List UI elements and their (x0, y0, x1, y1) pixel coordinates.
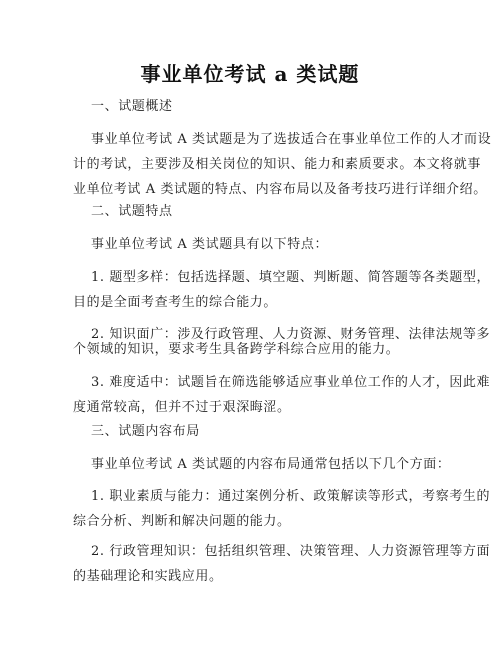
list-item-line: 1. 题型多样：包括选择题、填空题、判断题、简答题等各类题型， (91, 266, 490, 285)
list-item-line: 的基础理论和实践应用。 (73, 565, 223, 584)
section-heading: 二、试题特点 (91, 200, 173, 219)
list-item-line: 3. 难度适中：试题旨在筛选能够适应事业单位工作的人才，因此难 (91, 371, 490, 390)
paragraph-line: 计的考试，主要涉及相关岗位的知识、能力和素质要求。本文将就事 (73, 153, 481, 172)
paragraph-line: 事业单位考试 A 类试题是为了选拔适合在事业单位工作的人才而设 (91, 128, 491, 147)
paragraph-line: 业单位考试 A 类试题的特点、内容布局以及备考技巧进行详细介绍。 (73, 178, 487, 197)
list-item-line: 度通常较高，但并不过于艰深晦涩。 (73, 396, 291, 415)
paragraph-line: 事业单位考试 A 类试题具有以下特点： (91, 233, 328, 252)
list-item-line: 2. 行政管理知识：包括组织管理、决策管理、人力资源管理等方面 (91, 540, 490, 559)
paragraph-line: 事业单位考试 A 类试题的内容布局通常包括以下几个方面： (91, 453, 450, 472)
list-item-line: 综合分析、判断和解决问题的能力。 (73, 510, 291, 529)
section-heading: 一、试题概述 (91, 95, 173, 114)
document-title: 事业单位考试 a 类试题 (0, 58, 500, 87)
list-item-line: 个领域的知识，要求考生具备跨学科综合应用的能力。 (73, 338, 399, 357)
list-item-line: 目的是全面考查考生的综合能力。 (73, 291, 277, 310)
section-heading: 三、试题内容布局 (91, 420, 200, 439)
list-item-line: 1. 职业素质与能力：通过案例分析、政策解读等形式，考察考生的 (91, 485, 490, 504)
